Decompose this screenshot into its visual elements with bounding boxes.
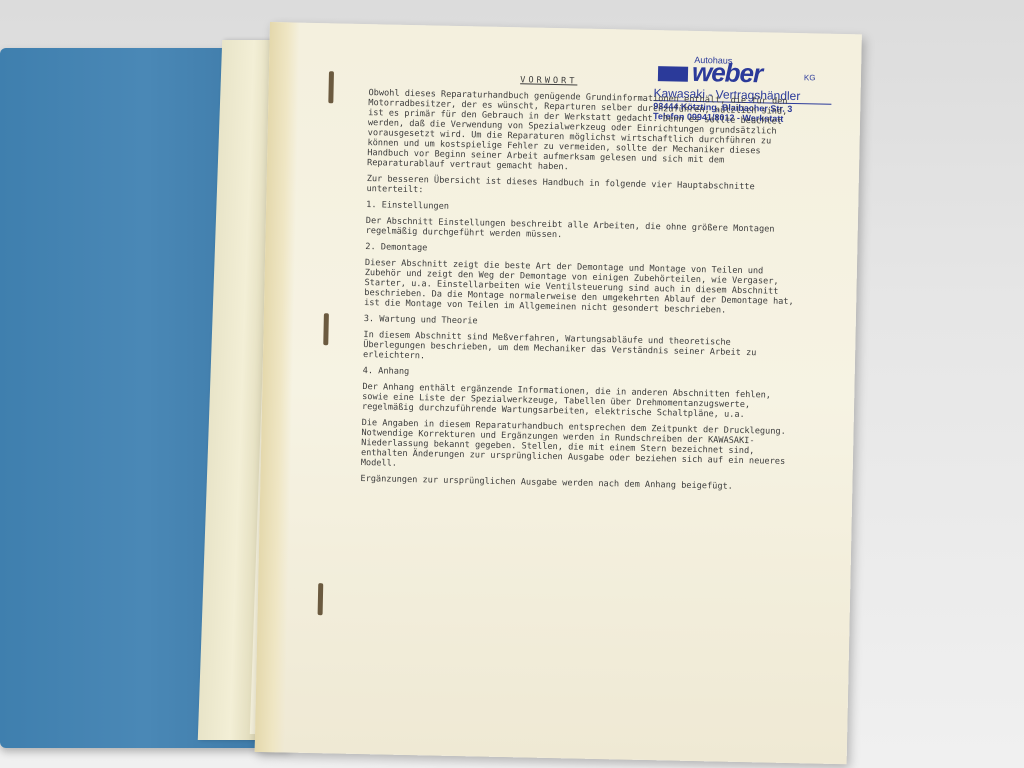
intro-paragraph-2: Zur besseren Übersicht ist dieses Handbu… [366, 174, 796, 203]
document-body: VORWORT Obwohl dieses Reparaturhandbuch … [360, 72, 799, 499]
section-heading: 4. Anhang [363, 366, 793, 385]
closing-paragraph-2: Ergänzungen zur ursprünglichen Ausgabe w… [360, 474, 790, 493]
section-text: In diesem Abschnitt sind Meßverfahren, W… [363, 330, 794, 369]
punch-hole [323, 313, 329, 345]
section-text: Der Anhang enthält ergänzende Informatio… [362, 382, 793, 421]
section-heading: 2. Demontage [365, 242, 795, 261]
section-heading: 1. Einstellungen [366, 200, 796, 219]
section-text: Der Abschnitt Einstellungen beschreibt a… [366, 216, 796, 245]
intro-paragraph: Obwohl dieses Reparaturhandbuch genügend… [367, 88, 799, 177]
punch-hole [318, 583, 324, 615]
stamp-suffix: KG [804, 73, 816, 82]
section-text: Dieser Abschnitt zeigt die beste Art der… [364, 258, 795, 317]
section-heading: 3. Wartung und Theorie [364, 314, 794, 333]
manual-page: Autohaus weber KG Kawasaki - Vertragshän… [255, 22, 862, 764]
closing-paragraph: Die Angaben in diesem Reparaturhandbuch … [361, 418, 792, 477]
